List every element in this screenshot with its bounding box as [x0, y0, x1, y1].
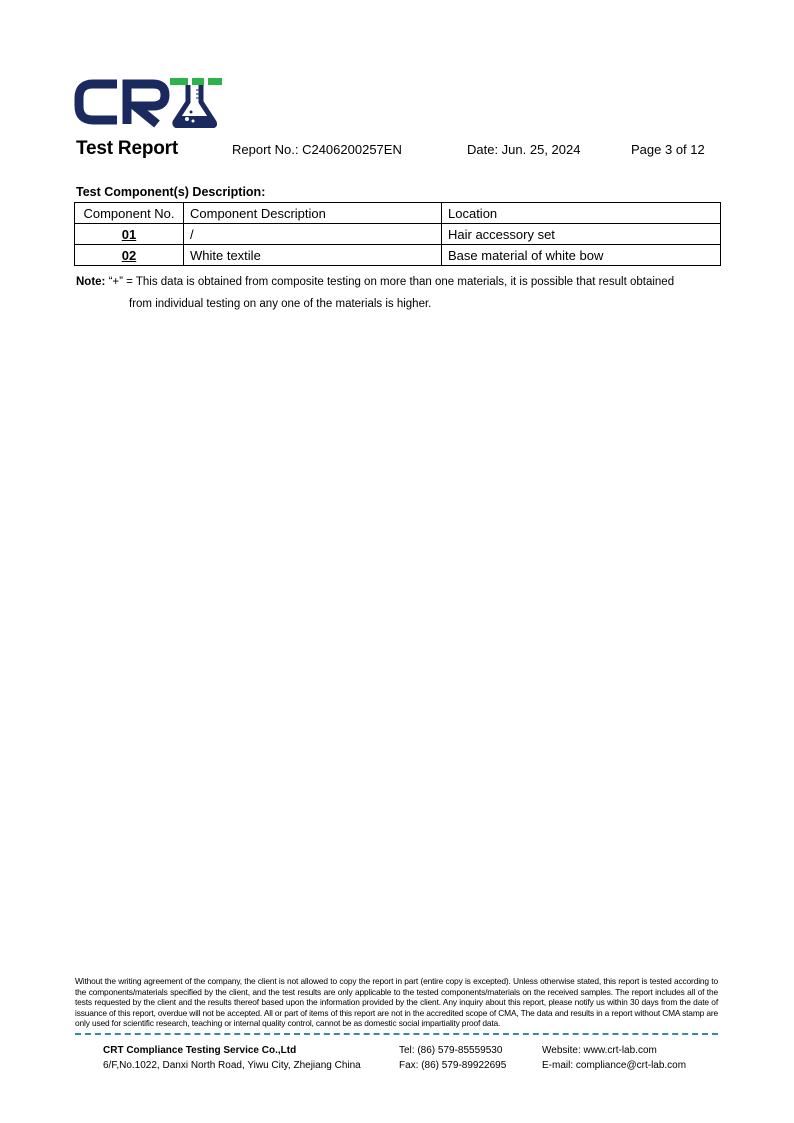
report-date: Date: Jun. 25, 2024: [467, 142, 580, 157]
crt-logo-icon: [73, 76, 223, 128]
fax-number: Fax: (86) 579-89922695: [399, 1058, 506, 1073]
company-address: 6/F,No.1022, Danxi North Road, Yiwu City…: [103, 1058, 361, 1073]
note: Note: “+” = This data is obtained from c…: [76, 271, 716, 315]
page-title: Test Report: [76, 138, 178, 160]
table-row: 01 / Hair accessory set: [75, 224, 721, 245]
footer-company: CRT Compliance Testing Service Co.,Ltd 6…: [103, 1043, 361, 1073]
component-number: 02: [122, 248, 136, 263]
column-header: Component No.: [75, 203, 184, 224]
column-header: Location: [442, 203, 721, 224]
website-link[interactable]: Website: www.crt-lab.com: [542, 1043, 686, 1058]
note-label: Note:: [76, 276, 105, 288]
component-number: 01: [122, 227, 136, 242]
phone-number: Tel: (86) 579-85559530: [399, 1043, 506, 1058]
component-location: Base material of white bow: [442, 245, 721, 266]
table-row: 02 White textile Base material of white …: [75, 245, 721, 266]
table-header-row: Component No. Component Description Loca…: [75, 203, 721, 224]
email-link[interactable]: E-mail: compliance@crt-lab.com: [542, 1058, 686, 1073]
components-table: Component No. Component Description Loca…: [74, 202, 721, 266]
component-location: Hair accessory set: [442, 224, 721, 245]
report-header: Test Report Report No.: C2406200257EN Da…: [76, 138, 716, 160]
crt-logo: [73, 76, 223, 128]
note-line-2: from individual testing on any one of th…: [76, 293, 716, 315]
report-number: Report No.: C2406200257EN: [232, 142, 402, 157]
disclaimer-text: Without the writing agreement of the com…: [75, 976, 718, 1029]
footer-contact: Tel: (86) 579-85559530 Fax: (86) 579-899…: [399, 1043, 506, 1073]
component-description: /: [184, 224, 442, 245]
column-header: Component Description: [184, 203, 442, 224]
note-line-1: “+” = This data is obtained from composi…: [105, 276, 674, 288]
component-description: White textile: [184, 245, 442, 266]
company-name: CRT Compliance Testing Service Co.,Ltd: [103, 1043, 361, 1058]
footer-separator: [75, 1033, 718, 1035]
section-title: Test Component(s) Description:: [76, 185, 265, 199]
footer-web: Website: www.crt-lab.com E-mail: complia…: [542, 1043, 686, 1073]
page-number: Page 3 of 12: [631, 142, 705, 157]
